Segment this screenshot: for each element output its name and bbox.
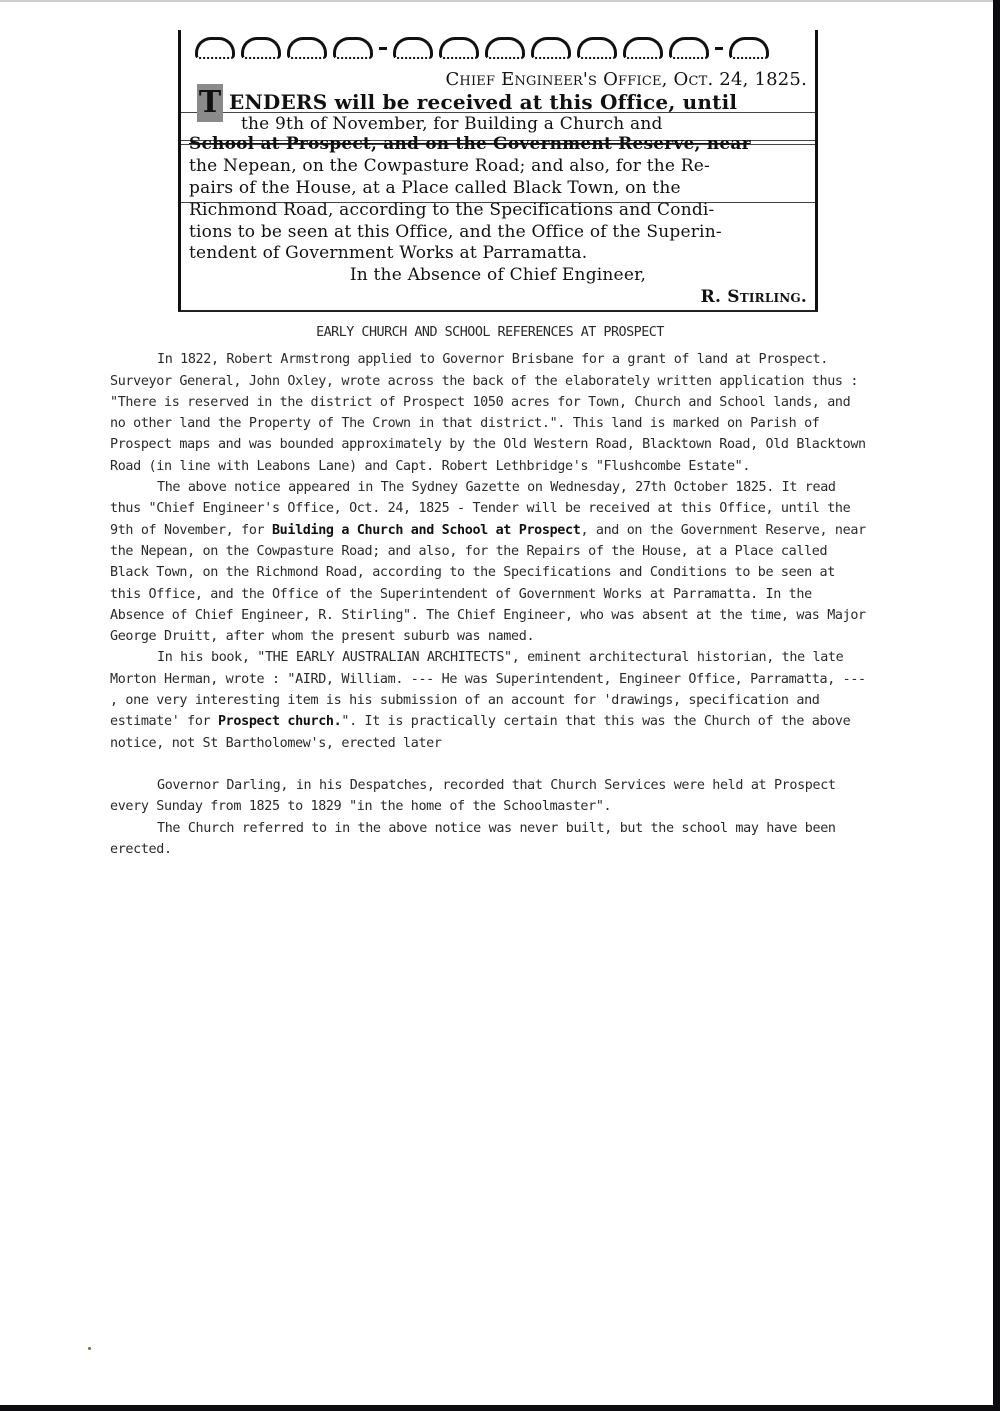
ornament-icon: [393, 37, 433, 59]
scan-right-edge: [993, 0, 1000, 1411]
paragraph-5: The Church referred to in the above noti…: [110, 818, 870, 861]
clipping-line-2: the 9th of November, for Building a Chur…: [241, 114, 807, 134]
paragraph-1: In 1822, Robert Armstrong applied to Gov…: [110, 349, 870, 477]
ornament-icon: [195, 37, 235, 59]
clipping-sign-line: In the Absence of Chief Engineer,: [189, 265, 807, 285]
clipping-heading: Chief Engineer's Office, Oct. 24, 1825.: [189, 70, 807, 90]
ornament-dash-icon: [379, 47, 387, 50]
ornament-icon: [287, 37, 327, 59]
paragraph-4: Governor Darling, in his Despatches, rec…: [110, 775, 870, 818]
clipping-line-3: School at Prospect, and on the Governmen…: [189, 134, 807, 154]
scan-speck: [88, 1347, 91, 1350]
paragraph-gap: [110, 754, 870, 775]
paragraph-2: The above notice appeared in The Sydney …: [110, 477, 870, 647]
paragraph-3: In his book, "THE EARLY AUSTRALIAN ARCHI…: [110, 647, 870, 753]
ornamental-border: [195, 34, 795, 62]
ornament-icon: [669, 37, 709, 59]
clipping-line-8: tendent of Government Works at Parramatt…: [189, 243, 807, 263]
clipping-line-7: tions to be seen at this Office, and the…: [189, 222, 807, 242]
ornament-icon: [241, 37, 281, 59]
scan-top-edge: [0, 0, 1000, 2]
drop-cap: T: [197, 84, 223, 122]
ornament-icon: [623, 37, 663, 59]
ornament-icon: [485, 37, 525, 59]
clipping-signature: R. Stirling.: [189, 287, 807, 307]
paragraph-3-bold: Prospect church.: [218, 714, 341, 729]
clipping-line-1: ENDERS will be received at this Office, …: [229, 92, 807, 112]
article-title: EARLY CHURCH AND SCHOOL REFERENCES AT PR…: [110, 322, 870, 343]
clipping-line-4: the Nepean, on the Cowpasture Road; and …: [189, 156, 807, 176]
ornament-icon: [333, 37, 373, 59]
scan-bottom-edge: [0, 1405, 1000, 1411]
ornament-dash-icon: [715, 47, 723, 50]
ornament-icon: [439, 37, 479, 59]
ornament-icon: [531, 37, 571, 59]
ornament-icon: [729, 37, 769, 59]
paragraph-2-bold: Building a Church and School at Prospect: [272, 523, 580, 538]
paragraph-2-text-b: , and on the Government Reserve, near th…: [110, 523, 866, 644]
clipping-line-6: Richmond Road, according to the Specific…: [189, 200, 807, 220]
clipping-line-5: pairs of the House, at a Place called Bl…: [189, 178, 807, 198]
newspaper-clipping: Chief Engineer's Office, Oct. 24, 1825. …: [178, 30, 818, 312]
article: EARLY CHURCH AND SCHOOL REFERENCES AT PR…: [110, 322, 870, 860]
ornament-icon: [577, 37, 617, 59]
